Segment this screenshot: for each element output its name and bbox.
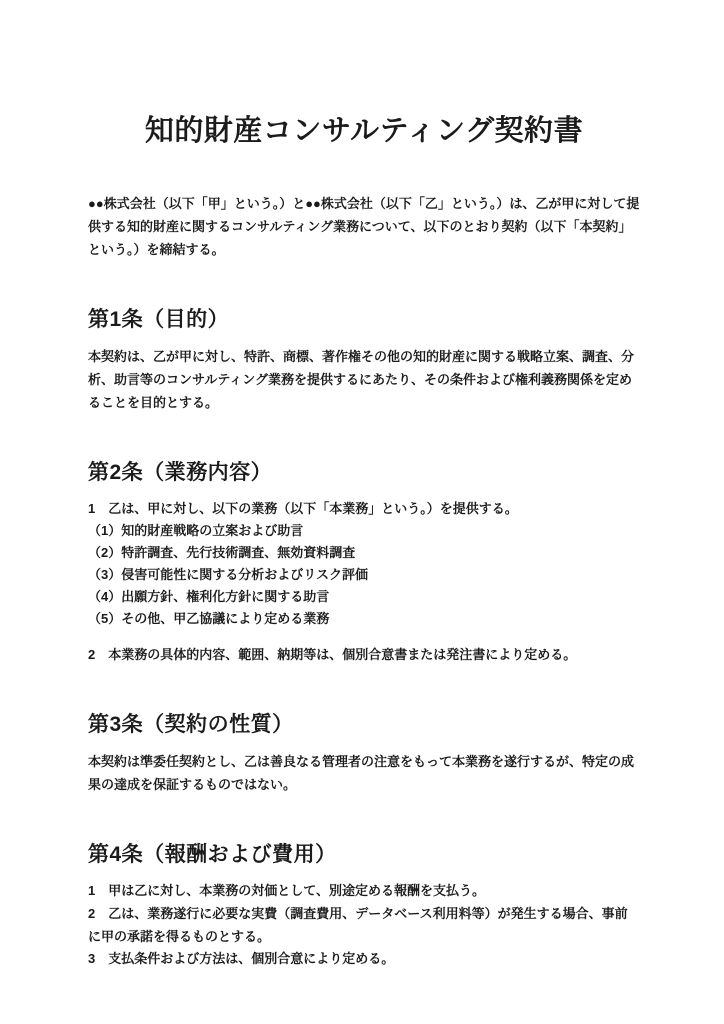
article-2-list-item-1: （1）知的財産戦略の立案および助言: [88, 520, 640, 542]
article-2-clause-2: 2 本業務の具体的内容、範囲、納期等は、個別合意書または発注書により定める。: [88, 644, 640, 666]
article-2-list-item-3: （3）侵害可能性に関する分析およびリスク評価: [88, 564, 640, 586]
contract-document-page: 知的財産コンサルティング契約書 ●●株式会社（以下「甲」という。）と●●株式会社…: [0, 0, 724, 1024]
article-1-body: 本契約は、乙が甲に対し、特許、商標、著作権その他の知的財産に関する戦略立案、調査…: [88, 345, 640, 414]
article-2-list-item-5: （5）その他、甲乙協議により定める業務: [88, 608, 640, 630]
document-title: 知的財産コンサルティング契約書: [88, 112, 640, 150]
intro-paragraph: ●●株式会社（以下「甲」という。）と●●株式会社（以下「乙」という。）は、乙が甲…: [88, 192, 640, 261]
article-4-clause-1: 1 甲は乙に対し、本業務の対価として、別途定める報酬を支払う。: [88, 880, 640, 902]
article-2-clause-1: 1 乙は、甲に対し、以下の業務（以下「本業務」という。）を提供する。: [88, 498, 640, 520]
article-3-body: 本契約は準委任契約とし、乙は善良なる管理者の注意をもって本業務を遂行するが、特定…: [88, 750, 640, 796]
article-3-heading: 第3条（契約の性質）: [88, 710, 640, 740]
article-1-heading: 第1条（目的）: [88, 305, 640, 335]
article-2-list-item-2: （2）特許調査、先行技術調査、無効資料調査: [88, 542, 640, 564]
section-article-2: 第2条（業務内容） 1 乙は、甲に対し、以下の業務（以下「本業務」という。）を提…: [88, 458, 640, 666]
article-2-list-item-4: （4）出願方針、権利化方針に関する助言: [88, 586, 640, 608]
article-4-clause-2: 2 乙は、業務遂行に必要な実費（調査費用、データベース利用料等）が発生する場合、…: [88, 902, 640, 948]
article-4-clause-3: 3 支払条件および方法は、個別合意により定める。: [88, 948, 640, 970]
section-article-4: 第4条（報酬および費用） 1 甲は乙に対し、本業務の対価として、別途定める報酬を…: [88, 840, 640, 970]
article-4-heading: 第4条（報酬および費用）: [88, 840, 640, 870]
section-article-1: 第1条（目的） 本契約は、乙が甲に対し、特許、商標、著作権その他の知的財産に関す…: [88, 305, 640, 414]
article-2-heading: 第2条（業務内容）: [88, 458, 640, 488]
section-article-3: 第3条（契約の性質） 本契約は準委任契約とし、乙は善良なる管理者の注意をもって本…: [88, 710, 640, 796]
